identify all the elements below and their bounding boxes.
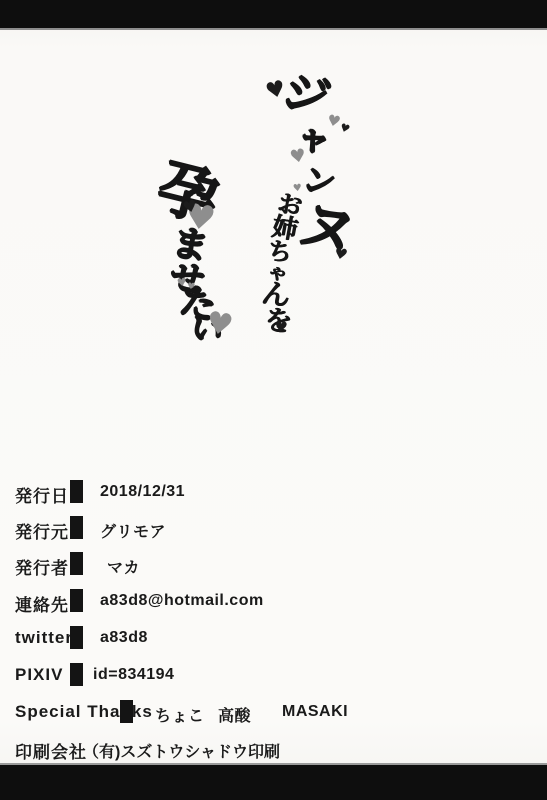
row-label: PIXIV xyxy=(15,665,63,685)
separator-block xyxy=(70,589,83,612)
colophon-row-publish-date: 発行日 2018/12/31 xyxy=(0,480,547,504)
row-value-twitter-handle: a83d8 xyxy=(100,629,148,647)
heart-icon: ♥ xyxy=(204,308,236,342)
heart-icon: ♥ xyxy=(264,78,288,104)
heart-icon: ♥ xyxy=(339,122,352,136)
row-value: 2018/12/31 xyxy=(100,483,185,501)
separator-block xyxy=(70,516,83,539)
thanks-name: ちょこ xyxy=(155,703,205,726)
row-value: マカ xyxy=(107,555,140,578)
heart-icon: ♥ xyxy=(187,283,196,293)
colophon-row-author: 発行者 マカ xyxy=(0,552,547,576)
colophon-row-special-thanks: Special Thanks ちょこ 高酸 MASAKI xyxy=(0,700,547,724)
colophon-row-pixiv: PIXIV id=834194 xyxy=(0,663,547,687)
thanks-name: 高酸 xyxy=(218,703,251,726)
heart-icon: ♥ xyxy=(273,319,288,336)
scan-border-top xyxy=(0,0,547,30)
colophon-row-contact-email: 連絡先 a83d8@hotmail.com xyxy=(0,589,547,613)
row-value: グリモア xyxy=(100,519,166,542)
scan-border-bottom xyxy=(0,763,547,800)
row-label: 連絡先 xyxy=(15,591,69,616)
row-value-email: a83d8@hotmail.com xyxy=(100,592,264,610)
row-label: 発行日 xyxy=(15,482,69,507)
separator-block xyxy=(70,480,83,503)
colophon-row-twitter: twitter a83d8 xyxy=(0,626,547,650)
row-value-printer: （有)スズトウシャドウ印刷 xyxy=(83,739,280,762)
row-label: 発行元 xyxy=(15,518,69,543)
separator-block xyxy=(70,663,83,686)
heart-icon: ♥ xyxy=(176,276,187,288)
separator-block xyxy=(70,626,83,649)
heart-icon: ♥ xyxy=(289,147,308,168)
row-label: twitter xyxy=(15,628,73,648)
colophon-row-printer: 印刷会社 （有)スズトウシャドウ印刷 xyxy=(0,736,547,760)
separator-block xyxy=(70,552,83,575)
row-label: 印刷会社 xyxy=(15,738,87,763)
heart-icon: ♥ xyxy=(293,184,303,195)
separator-block xyxy=(120,700,133,723)
thanks-name: MASAKI xyxy=(282,703,348,721)
scanned-page: ジャンヌ お姉ちゃんを 孕ませたい ♥ ♥ ♥ ♥ ♥ ♥ ♥ ♥ ♥ ♥ ♥ … xyxy=(0,0,547,800)
row-value-pixiv-id: id=834194 xyxy=(93,666,174,684)
colophon-row-publisher: 発行元 グリモア xyxy=(0,516,547,540)
row-label: 発行者 xyxy=(15,554,69,579)
